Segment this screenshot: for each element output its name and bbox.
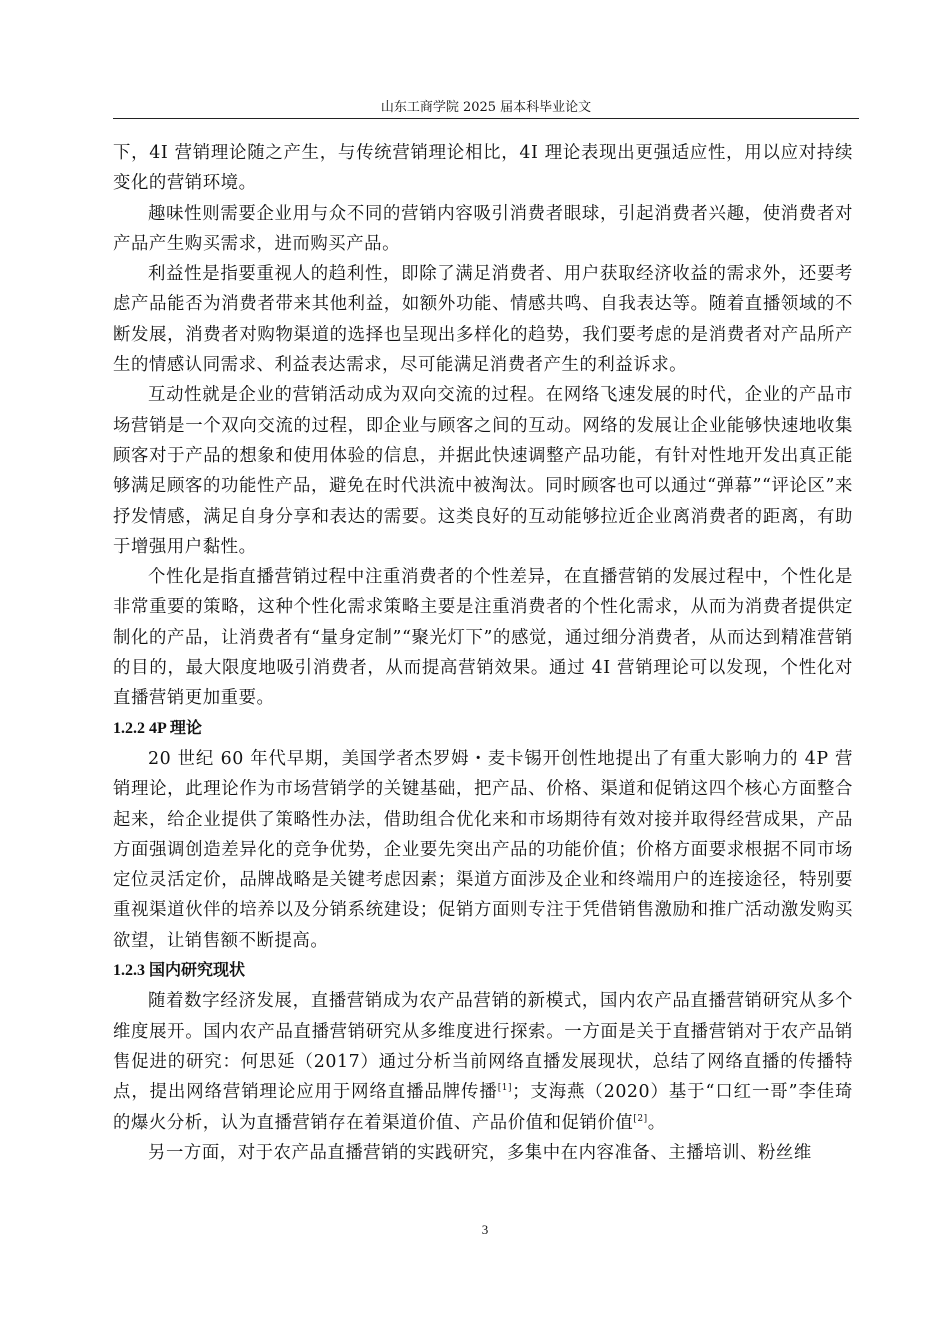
- section-heading-domestic-research: 1.2.3 国内研究现状: [113, 956, 853, 986]
- paragraph-domestic-research: 随着数字经济发展，直播营销成为农产品营销的新模式，国内农产品直播营销研究从多个维…: [113, 986, 853, 1137]
- citation-ref-1: [1]: [498, 1083, 512, 1093]
- body-text: 下，4I 营销理论随之产生，与传统营销理论相比，4I 理论表现出更强适应性，用以…: [113, 138, 853, 1168]
- paragraph-benefit: 利益性是指要重视人的趋利性，即除了满足消费者、用户获取经济收益的需求外，还要考虑…: [113, 259, 853, 380]
- header-rule: [113, 118, 859, 119]
- paragraph-individuality: 个性化是指直播营销过程中注重消费者的个性差异，在直播营销的发展过程中，个性化是非…: [113, 562, 853, 713]
- paragraph-interest: 趣味性则需要企业用与众不同的营销内容吸引消费者眼球，引起消费者兴趣，使消费者对产…: [113, 199, 853, 260]
- section-heading-4p-theory: 1.2.2 4P 理论: [113, 714, 853, 744]
- running-header: 山东工商学院 2025 届本科毕业论文: [113, 100, 859, 116]
- paragraph-interaction: 互动性就是企业的营销活动成为双向交流的过程。在网络飞速发展的时代，企业的产品市场…: [113, 380, 853, 562]
- citation-ref-2: [2]: [633, 1114, 647, 1124]
- paragraph-practice-research: 另一方面，对于农产品直播营销的实践研究，多集中在内容准备、主播培训、粉丝维: [113, 1138, 853, 1168]
- page-number: 3: [0, 1222, 950, 1238]
- paragraph-4p-theory: 20 世纪 60 年代早期，美国学者杰罗姆・麦卡锡开创性地提出了有重大影响力的 …: [113, 744, 853, 956]
- paragraph-4i-continuation: 下，4I 营销理论随之产生，与传统营销理论相比，4I 理论表现出更强适应性，用以…: [113, 138, 853, 199]
- paragraph-text: 。: [648, 1113, 666, 1133]
